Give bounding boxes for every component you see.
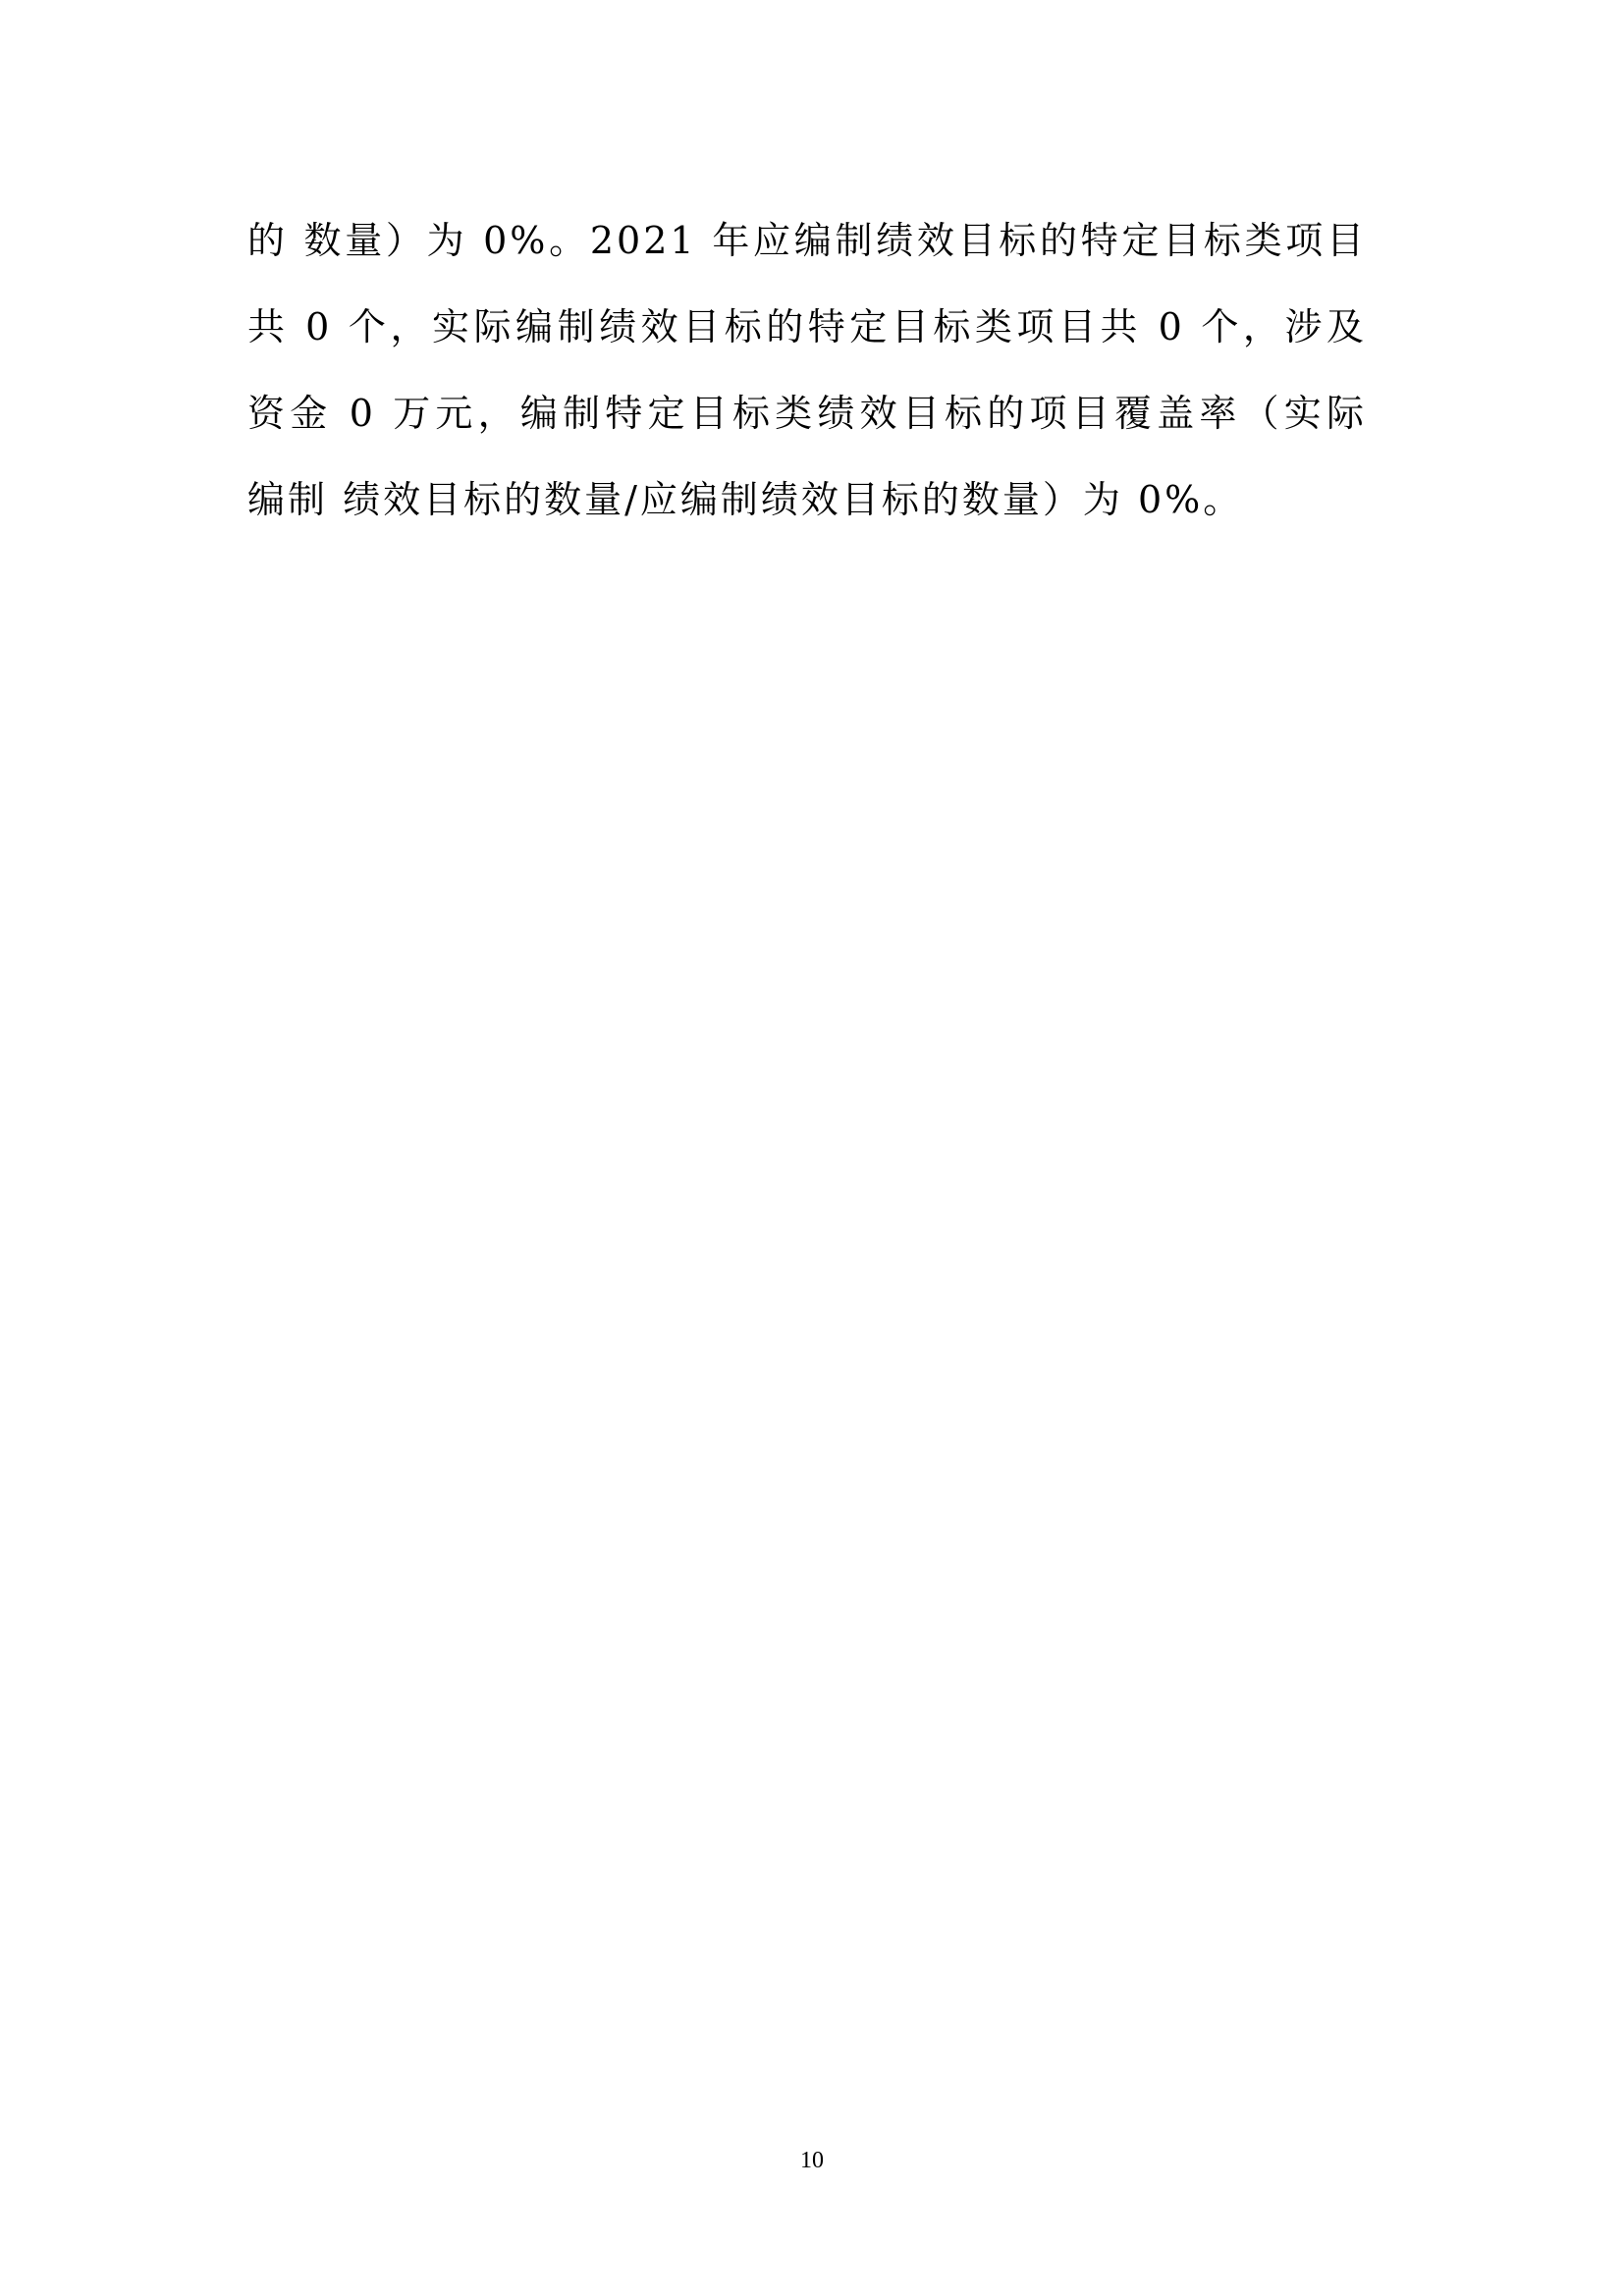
page-number: 10 [0,2146,1624,2175]
paragraph-line-2: 共 0 个，实际编制绩效目标的特定目标类项目共 0 个，涉及 [247,296,1367,383]
paragraph-line-1: 的 数量）为 0%。2021 年应编制绩效目标的特定目标类项目 [247,210,1367,296]
document-page: 的 数量）为 0%。2021 年应编制绩效目标的特定目标类项目 共 0 个，实际… [0,0,1624,2296]
paragraph-line-3: 资金 0 万元，编制特定目标类绩效目标的项目覆盖率（实际 [247,383,1367,469]
body-paragraph: 的 数量）为 0%。2021 年应编制绩效目标的特定目标类项目 共 0 个，实际… [247,210,1367,556]
paragraph-line-4: 编制 绩效目标的数量/应编制绩效目标的数量）为 0%。 [247,469,1367,556]
